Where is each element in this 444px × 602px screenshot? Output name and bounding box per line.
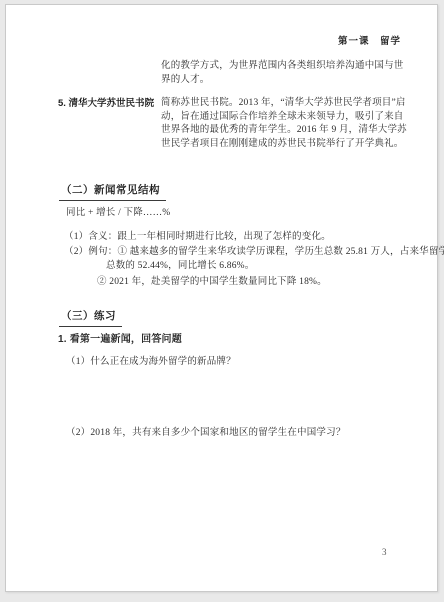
example-sentence-2: ② 2021 年，赴美留学的中国学生数量同比下降 18%。: [97, 276, 417, 290]
example-label: （2）例句：: [64, 247, 117, 257]
glossary-term: 5. 清华大学苏世民书院: [58, 97, 161, 151]
glossary-item-5: 5. 清华大学苏世民书院 简称苏世民书院。2013 年，“清华大学苏世民学者项目…: [58, 97, 414, 151]
glossary-continuation: 化的教学方式，为世界范围内各类组织培养沟通中国与世界的人才。: [161, 60, 413, 87]
section-3-heading: （三）练习: [59, 308, 122, 327]
section-3: （三）练习: [59, 306, 122, 327]
meaning-line: （1）含义：跟上一年相同时期进行比较，出现了怎样的变化。: [64, 231, 416, 245]
example-1-text: ① 越来越多的留学生来华攻读学历课程，学历生总数 25.81 万人，占来华留学生…: [106, 247, 444, 271]
document-page: 第一课 留学 化的教学方式，为世界范围内各类组织培养沟通中国与世界的人才。 5.…: [5, 4, 438, 592]
question-1: （1）什么正在成为海外留学的新品牌？: [66, 356, 416, 370]
pattern-line: 同比 + 增长 / 下降……%: [66, 207, 170, 221]
example-sentence-1: （2）例句：① 越来越多的留学生来华攻读学历课程，学历生总数 25.81 万人，…: [64, 246, 444, 273]
glossary-definition: 简称苏世民书院。2013 年，“清华大学苏世民学者项目”启动，旨在通过国际合作培…: [161, 97, 413, 151]
page-number: 3: [382, 547, 387, 557]
section-2: （二）新闻常见结构: [59, 180, 166, 201]
section-2-heading: （二）新闻常见结构: [59, 182, 166, 201]
task-1-title: 1. 看第一遍新闻，回答问题: [58, 333, 182, 347]
question-2: （2）2018 年，共有来自多少个国家和地区的留学生在中国学习？: [66, 427, 426, 441]
scanned-page-canvas: 第一课 留学 化的教学方式，为世界范围内各类组织培养沟通中国与世界的人才。 5.…: [0, 0, 444, 602]
running-header: 第一课 留学: [338, 33, 401, 47]
